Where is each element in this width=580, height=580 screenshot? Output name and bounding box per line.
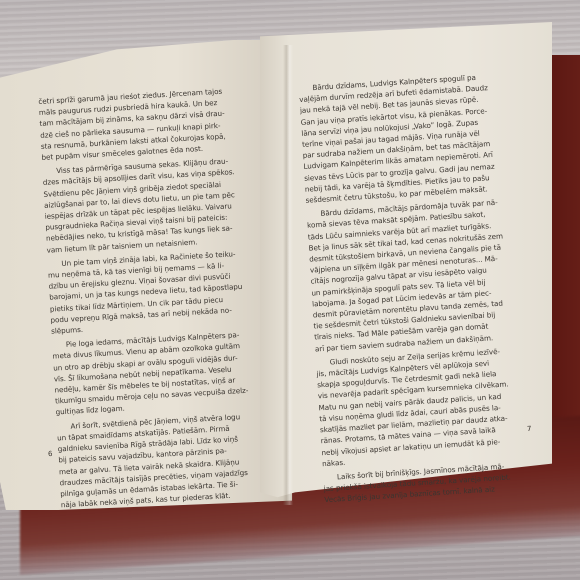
book-gutter [283, 45, 293, 505]
left-page-text: četri sprīži garumā jau rieśot ziedus. J… [38, 84, 271, 510]
right-page-number: 7 [527, 425, 532, 433]
left-page-number: 6 [48, 450, 53, 458]
right-page-text: Bārdu dzīdams, Ludvigs Kalnpēters spogul… [298, 66, 546, 506]
